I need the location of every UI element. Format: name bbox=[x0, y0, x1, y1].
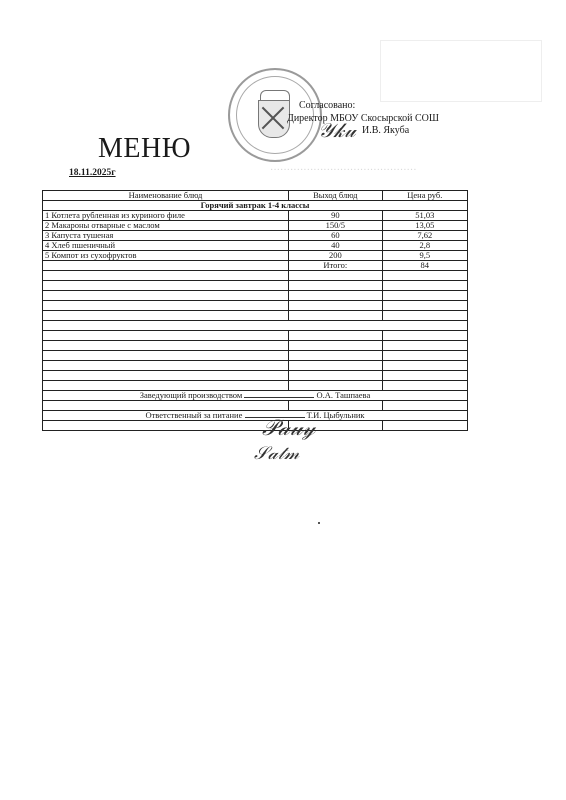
table-header-row: Наименование блюд Выход блюд Цена руб. bbox=[43, 191, 468, 201]
total-value: 84 bbox=[382, 261, 467, 271]
empty-row bbox=[43, 301, 468, 311]
director-signature: 𝒴𝓀𝓊 bbox=[318, 118, 356, 142]
empty-row bbox=[43, 401, 468, 411]
menu-date: 18.11.2025г bbox=[69, 168, 116, 178]
dish-name: 1 Котлета рубленная из куриного филе bbox=[43, 211, 289, 221]
total-row: Итого: 84 bbox=[43, 261, 468, 271]
empty-row bbox=[43, 271, 468, 281]
dish-price: 2,8 bbox=[382, 241, 467, 251]
dish-price: 9,5 bbox=[382, 251, 467, 261]
production-signature-cell: Заведующий производством О.А. Ташпаева bbox=[43, 391, 468, 401]
dish-price: 7,62 bbox=[382, 231, 467, 241]
nutrition-signature: 𝒮𝒶𝓉𝓂 bbox=[254, 443, 299, 464]
nutrition-name: Т.И. Цыбульник bbox=[307, 411, 365, 421]
empty-row bbox=[43, 381, 468, 391]
bleed-through-text bbox=[380, 40, 542, 102]
approval-heading: Согласовано: bbox=[287, 100, 439, 113]
dish-yield: 60 bbox=[289, 231, 383, 241]
table-row: 3 Капуста тушеная 60 7,62 bbox=[43, 231, 468, 241]
total-label: Итого: bbox=[289, 261, 383, 271]
table-row: 1 Котлета рубленная из куриного филе 90 … bbox=[43, 211, 468, 221]
dish-yield: 90 bbox=[289, 211, 383, 221]
nutrition-label: Ответственный за питание bbox=[145, 411, 242, 421]
menu-table: Наименование блюд Выход блюд Цена руб. Г… bbox=[42, 190, 468, 431]
dish-price: 51,03 bbox=[382, 211, 467, 221]
column-header-yield: Выход блюд bbox=[289, 191, 383, 201]
scan-speck bbox=[318, 522, 320, 524]
empty-row bbox=[43, 311, 468, 321]
dish-name: 3 Капуста тушеная bbox=[43, 231, 289, 241]
table-row: 4 Хлеб пшеничный 40 2,8 bbox=[43, 241, 468, 251]
empty-row bbox=[43, 421, 468, 431]
dish-name: 5 Компот из сухофруктов bbox=[43, 251, 289, 261]
section-title: Горячий завтрак 1-4 классы bbox=[43, 201, 468, 211]
production-signature-row: Заведующий производством О.А. Ташпаева bbox=[43, 391, 468, 401]
dish-yield: 200 bbox=[289, 251, 383, 261]
empty-merged-row bbox=[43, 321, 468, 331]
dish-yield: 150/5 bbox=[289, 221, 383, 231]
empty-row bbox=[43, 341, 468, 351]
signature-line bbox=[244, 397, 314, 398]
table-row: 5 Компот из сухофруктов 200 9,5 bbox=[43, 251, 468, 261]
approval-block: Согласовано: Директор МБОУ Скосырской СО… bbox=[287, 100, 439, 138]
column-header-dish: Наименование блюд bbox=[43, 191, 289, 201]
page-title: МЕНЮ bbox=[98, 133, 191, 165]
section-row: Горячий завтрак 1-4 классы bbox=[43, 201, 468, 211]
production-signature: 𝒫𝒶𝓊𝓎 bbox=[262, 416, 315, 441]
empty-row bbox=[43, 371, 468, 381]
dish-name: 4 Хлеб пшеничный bbox=[43, 241, 289, 251]
approval-position: Директор МБОУ Скосырской СОШ bbox=[287, 113, 439, 126]
coat-of-arms-icon bbox=[258, 100, 290, 138]
empty-row bbox=[43, 331, 468, 341]
column-header-price: Цена руб. bbox=[382, 191, 467, 201]
dish-yield: 40 bbox=[289, 241, 383, 251]
empty-row bbox=[43, 291, 468, 301]
production-label: Заведующий производством bbox=[140, 391, 243, 401]
empty-row bbox=[43, 351, 468, 361]
nutrition-signature-row: Ответственный за питание Т.И. Цыбульник bbox=[43, 411, 468, 421]
nutrition-signature-cell: Ответственный за питание Т.И. Цыбульник bbox=[43, 411, 468, 421]
production-name: О.А. Ташпаева bbox=[317, 391, 371, 401]
approval-name: И.В. Якуба bbox=[287, 125, 439, 138]
empty-cell bbox=[43, 261, 289, 271]
empty-row bbox=[43, 281, 468, 291]
empty-row bbox=[43, 361, 468, 371]
table-row: 2 Макароны отварные с маслом 150/5 13,05 bbox=[43, 221, 468, 231]
dish-name: 2 Макароны отварные с маслом bbox=[43, 221, 289, 231]
dish-price: 13,05 bbox=[382, 221, 467, 231]
bleed-through-text: ········································… bbox=[270, 165, 417, 176]
